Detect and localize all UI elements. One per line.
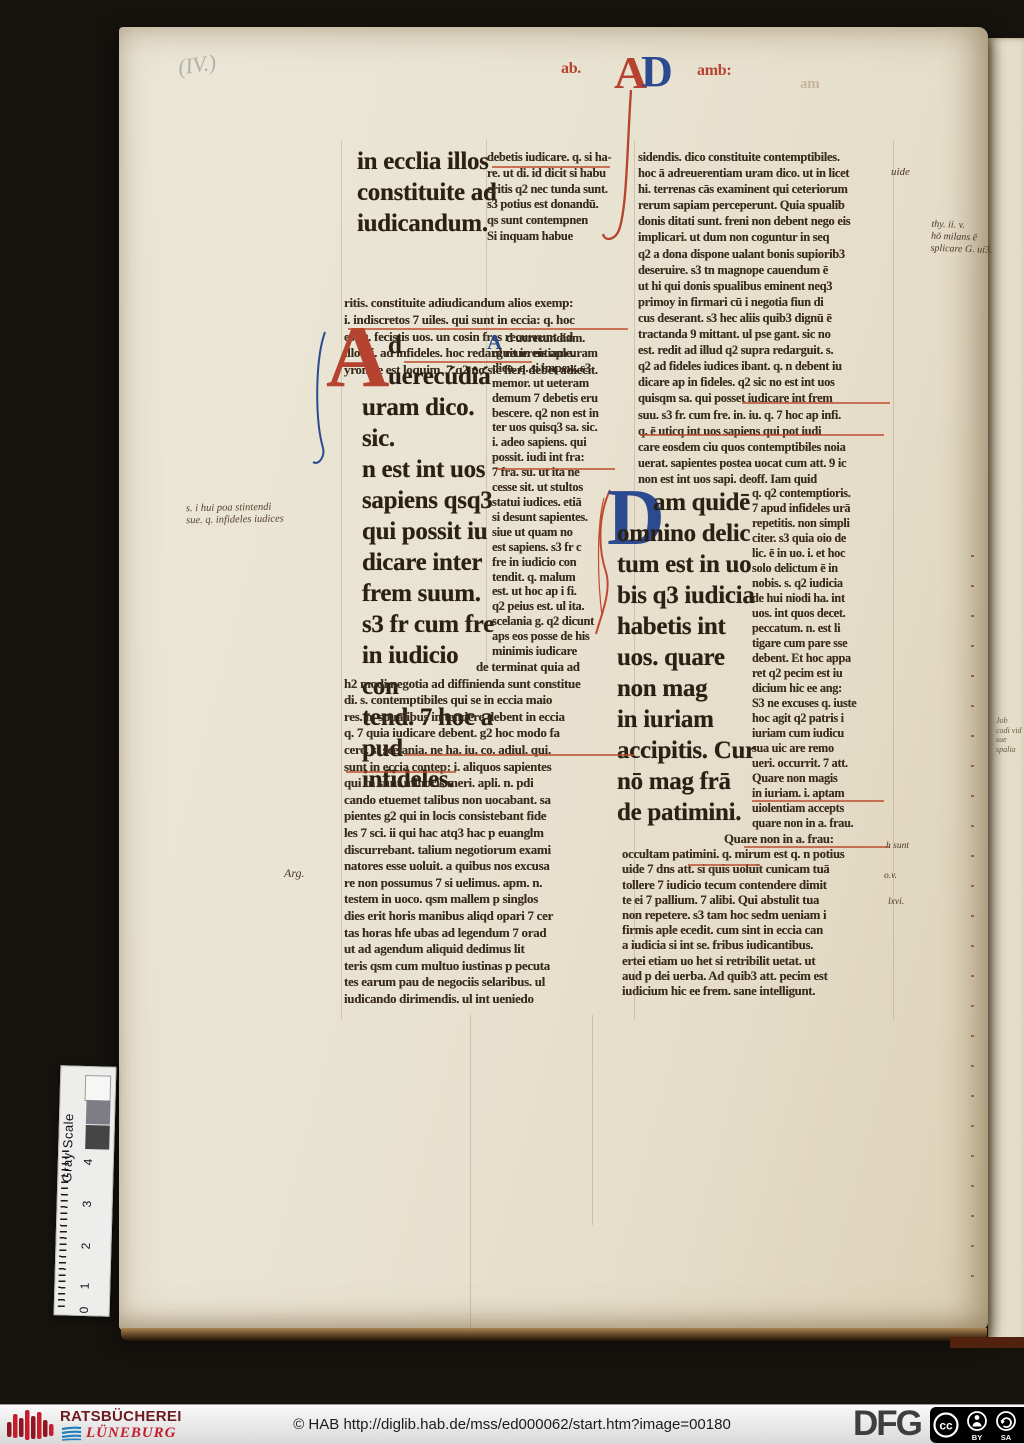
gloss-line: i. adeo sapiens. qui [492,435,638,450]
margin-jotting: h sunt [886,841,909,851]
gloss-line: quare non in a. frau. [752,816,894,831]
gloss-line: tollere 7 iudicio tecum contendere dimit [622,878,896,893]
margin-note-left: s. i hui poa stintendisue. q. infideles … [186,501,328,527]
rubric-underline [640,434,884,436]
gloss-line: ueri. occurrit. 7 att. [752,756,894,771]
gloss-line: cando etuemet talibus non uocabant. sa [344,792,642,809]
gloss-line: les 7 sci. ii qui hac atq3 hac p euanglm [344,825,642,842]
grayscale-swatch-dark [85,1125,110,1150]
lemma-line: in ecclia illos [357,146,497,177]
gloss-line: possit. iudi int fra: [492,450,638,465]
gloss-line: pientes g2 qui in locis consistebant fid… [344,808,642,825]
running-header-faded: am [800,76,819,93]
commentary-text-block: Quare non in a. frau:occultam patimini. … [622,832,896,999]
logo-bars-icon [6,1407,54,1443]
margin-note-vide: uide [891,166,910,178]
margin-note-line: codi vid [996,726,1022,736]
gloss-line: eritis q2 nec tunda sunt. [487,182,639,198]
rubric-underline [497,468,615,470]
rubric-underline [688,864,760,866]
gloss-line: memor. ut ueteram [492,376,638,391]
footer-bar: RATSBÜCHEREI LÜNEBURG © HAB http://digli… [0,1404,1024,1444]
ruler-number: 4 [81,1159,95,1166]
gloss-line: hi. terrenas cās examinent qui ceterioru… [638,181,896,197]
image-credit-url: © HAB http://diglib.hab.de/mss/ed000062/… [293,1416,731,1433]
gloss-line: q2 a dona dispone ualant bonis supiorib3 [638,246,896,262]
gloss-line: Si inquam habue [487,229,639,245]
gloss-line: ut ad agendum aliquid dedimus lit [344,941,642,958]
margin-note-line: sue. q. infideles iudices [186,513,328,527]
gloss-line: tes earum pau de negociis selaribus. ul [344,974,642,991]
gloss-line: S3 ne excuses q. iuste [752,696,894,711]
gloss-line: debent. Et hoc appa [752,651,894,666]
parchment-crease [592,1015,593,1225]
lemma-line: qui possit iu [362,516,496,547]
gloss-line: res. n. spualibus in tendere debent in e… [344,709,642,726]
gloss-line: deseruire. s3 tn magnope cauendum ē [638,262,896,278]
lemma-text-block: in ecclia illosconstituite adiudicandum. [357,146,497,239]
gloss-line: s3 potius est donandū. [487,197,639,213]
logo-text-ratsbuecherei: RATSBÜCHEREI [60,1409,182,1425]
sa-label: SA [1001,1433,1012,1442]
running-header-left: ab. [561,60,581,78]
gloss-line: de terminat quia ad [344,659,642,676]
gloss-line: donis ditati sunt. freni non debent nego… [638,213,896,229]
gloss-line: uiolentiam accepts [752,801,894,816]
grayscale-swatch-mid [86,1100,111,1125]
lemma-line: dicare inter [362,547,496,578]
gloss-line: peccatum. n. est li [752,621,894,636]
gloss-line: teris qsm cum multuo iustinas p pecuta [344,958,642,975]
rubric-underline [744,846,890,848]
gloss-line: iudicando dirimendis. ul int ueniedo [344,991,642,1008]
ruler-number: 2 [79,1243,93,1250]
gloss-line: firmis aple ecedit. cum sint in eccia ca… [622,923,896,938]
lemma-line: s3 fr cum fre [362,609,496,640]
gloss-line: debetis iudicare. q. si ha- [487,150,639,166]
gloss-line: testem in uoco. qsm mallem p singlos [344,891,642,908]
rubric-underline [348,328,628,330]
lemma-line: iudicandum. [357,208,497,239]
gloss-line: occultam patimini. q. mirum est q. n pot… [622,847,896,862]
commentary-text-block: de terminat quia adh2 modi negotia ad di… [344,659,642,1007]
gloss-line: hoc agit q2 patris i [752,711,894,726]
gloss-line: est. redit ad illud q2 supra redarguit. … [638,342,896,358]
gloss-line: non repetere. s3 tam hoc sedm ueniam i [622,908,896,923]
commentary-text-block: sidendis. dico constituite contemptibile… [638,149,896,487]
gloss-line: de hui niodi ha. int [752,591,894,606]
ruler-number: 1 [78,1282,92,1289]
gloss-line: tractanda 9 mittant. ul pse gant. sic no [638,326,896,342]
gloss-line: q. 7 quia iudicare debent. g2 hoc modo f… [344,725,642,742]
gloss-line: sua uic are remo [752,741,894,756]
logo-text-lueneburg: LÜNEBURG [86,1425,177,1441]
gloss-line: iudicium hic ee frem. sane intelligunt. [622,984,896,999]
gloss-line: nobis. s. q2 iudicia [752,576,894,591]
gloss-text-block: debetis iudicare. q. si ha-re. ut di. id… [487,150,639,245]
grayscale-swatch-white [85,1075,112,1102]
logo-fan-icon [60,1426,82,1441]
gloss-line: re non possumus 7 si uelimus. apm. n. [344,875,642,892]
margin-note-line: splicare G. ui3. [930,243,1002,258]
gloss-line: natores esse uoluit. a quibus nos excusa [344,858,642,875]
margin-note-right: thy. ii. v.hō milans ēsplicare G. ui3. [930,219,1003,257]
margin-jotting: o.v. [884,871,897,881]
next-page-note: Jobcodi vidsue spalia [996,716,1022,754]
gloss-line: 7 apud infideles urā [752,501,894,516]
margin-note-line: sue spalia [996,735,1022,754]
lemma-line: sapiens qsq3 [362,485,496,516]
gloss-line: suu. s3 fr. cum fre. in. iu. q. 7 hoc ap… [638,407,896,423]
gloss-line: aud p dei uerba. Ad quib3 att. pecim est [622,969,896,984]
ruler-number: 3 [80,1201,94,1208]
rubric-underline [346,771,456,773]
dfg-logo: DFG [853,1404,921,1444]
rubric-underline [404,754,634,756]
gloss-line: dico. q. si impew. s3 [492,361,638,376]
margin-jotting: lxvi. [888,897,904,907]
gloss-line: a iudicia si int se. fribus iudicantibus… [622,938,896,953]
gloss-line: te ei 7 pallium. 7 alibi. Qui abstulit t… [622,893,896,908]
page-bottom-edge [121,1328,987,1341]
gloss-line: q. q2 contemptioris. [752,486,894,501]
ruling-line [341,140,342,1020]
gloss-line: q2 ad fideles iudices ibant. q. n debent… [638,358,896,374]
gloss-line: uerat. sapientes postea uocat cum att. 9… [638,455,896,471]
gloss-line: tigare cum pare sse [752,636,894,651]
lemma-line: n est int uos [362,454,496,485]
rubric-underline [742,402,890,404]
gloss-line: ertei etiam uo het si retribilit uetat. … [622,954,896,969]
lemma-line: frem suum. [362,578,496,609]
gloss-line: Quare non in a. frau: [622,832,896,847]
grayscale-calibration-card: Gray Scale 43210 [54,1065,117,1316]
cc-sa-arrow-icon [997,1412,1015,1430]
gloss-line: iuriam cum iudicu [752,726,894,741]
lemma-line: uram dico. sic. [362,392,496,454]
scanned-manuscript-viewer: (IV.) ab. A D amb: am in ecclia illoscon… [0,0,1024,1444]
ratsbuecherei-logo: RATSBÜCHEREI LÜNEBURG [6,1407,182,1443]
ruler-number: 0 [77,1306,91,1313]
ruler-numbers: 43210 [61,1066,115,1068]
gloss-line: uos. int quos decet. [752,606,894,621]
gloss-line: re. ut di. id dicit si habu [487,166,639,182]
gloss-line: ut hi qui donis spualibus eminent neq3 [638,278,896,294]
gloss-line: di. s. contemptibiles qui se in eccia ma… [344,692,642,709]
gloss-line: d uerecundiam. [492,331,638,346]
margin-note-arg: Arg. [284,866,305,881]
gloss-line: ret q2 pecim est iu [752,666,894,681]
gloss-line: tas horas hfe ubas ad legendum 7 orad [344,925,642,942]
rubric-underline [404,361,532,363]
gloss-line: in iuriam. i. aptam [752,786,894,801]
gloss-line: ter uos quisq3 sa. sic. [492,420,638,435]
gloss-line: solo delictum ē in [752,561,894,576]
rubric-underline [752,800,884,802]
gloss-line: h2 modi negotia ad diffinienda sunt cons… [344,676,642,693]
prick-marks [971,555,974,1300]
cc-license-badge: cc BY SA [930,1407,1024,1443]
gloss-line: implicari. ut dum non coguntur in seq [638,229,896,245]
gloss-line: bescere. q2 non est in [492,406,638,421]
gloss-line: citer. s3 quia oio de [752,531,894,546]
gloss-line: sidendis. dico constituite contemptibile… [638,149,896,165]
gloss-line: qui tn sunt minoris meri. apli. n. pdi [344,775,642,792]
shelfmark-stamp: (IV.) [176,49,217,80]
by-label: BY [972,1433,982,1442]
gloss-line: cus deserant. s3 hec aliis quib3 dignū ē [638,310,896,326]
running-header-right: amb: [697,62,731,80]
gloss-line: rerum sapiam perceperunt. Quia spualib [638,197,896,213]
gloss-line: ul reuerentiam uram [492,346,638,361]
parchment-crease [470,1015,471,1335]
gloss-line: dicare ap in fideles. q2 sic no est int … [638,374,896,390]
cc-text: cc [939,1419,953,1433]
gloss-line: primoy in firmari cū i negotia fiun di [638,294,896,310]
gloss-line: hoc ā adreuerentiam uram dico. ut in lic… [638,165,896,181]
gloss-text-block: q. q2 contemptioris.7 apud infideles urā… [752,486,894,831]
gloss-line: discurrebant. talium negotiorum exami [344,842,642,859]
gloss-line: repetitis. non simpli [752,516,894,531]
gloss-line: q. ē uticq int uos sapiens qui pot iudi [638,423,896,439]
gloss-line: care eosdem ciu quos contemptibiles noia [638,439,896,455]
gloss-line: Quare non magis [752,771,894,786]
cc-by-person-icon [968,1412,986,1430]
margin-note-line: Job [996,716,1022,726]
gloss-line: lic. ē in uo. i. et hoc [752,546,894,561]
gloss-line: dicium hic ee ang: [752,681,894,696]
lemma-line: constituite ad [357,177,497,208]
gloss-line: qs sunt contempnen [487,213,639,229]
gloss-line: cere. si scelania. ne ha. iu. co. adiul.… [344,742,642,759]
gloss-line: dies erit horis manibus aliqd opari 7 ce… [344,908,642,925]
gloss-line: non est int uos sapi. deoff. Iam quid [638,471,896,487]
rubric-underline [492,166,610,168]
gloss-line: quisqm sa. qui posset iudicare int frem [638,390,896,406]
gloss-line: demum 7 debetis eru [492,391,638,406]
book-cover-edge [950,1337,1024,1348]
